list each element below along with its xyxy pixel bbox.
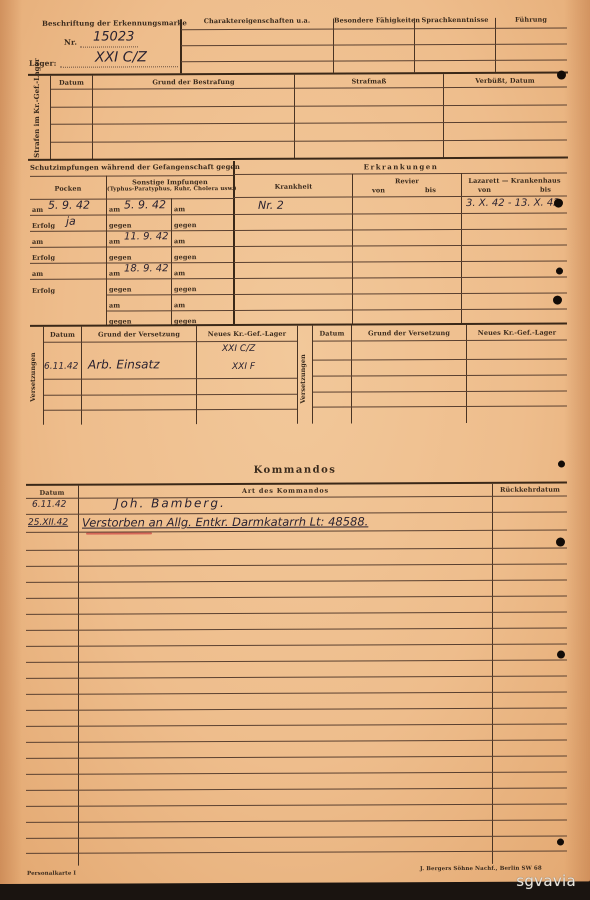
rule: [30, 175, 234, 177]
punch-hole: [557, 71, 566, 80]
other-vacc-subheader: (Typhus-Paratyphus, Ruhr, Cholera usw.): [107, 186, 233, 193]
illness-header-revier: Revier: [353, 177, 461, 185]
rule: [234, 277, 567, 279]
transfer-header-reason: Grund der Versetzung: [82, 330, 196, 338]
hospital-dates: 3. X. 42 - 13. X. 42: [466, 198, 560, 209]
punch-hole: [556, 538, 565, 547]
pocken-row-value: 5. 9. 42: [48, 199, 90, 212]
vacc-row-label: am: [109, 269, 120, 277]
rule: [26, 612, 567, 615]
rule: [313, 359, 567, 361]
vacc-row-value: 18. 9. 42: [124, 263, 169, 274]
rule: [51, 122, 567, 125]
punch-hole: [557, 651, 565, 659]
punch-hole: [554, 199, 563, 208]
revier-to: bis: [425, 186, 436, 194]
punch-hole: [553, 296, 562, 305]
punishments-header-reason: Grund der Bestrafung: [93, 78, 294, 87]
divider: [492, 484, 493, 864]
tag-title: Beschriftung der Erkennungsmarke: [42, 18, 187, 28]
rule: [26, 756, 567, 759]
pocken-row-label: Erfolg: [32, 222, 55, 230]
watermark: sgvavia: [516, 872, 576, 890]
rule: [107, 278, 233, 280]
pocken-row-label: am: [32, 270, 43, 278]
vacc-row-label: gegen: [109, 221, 132, 229]
rule: [30, 231, 106, 232]
rule: [234, 245, 567, 247]
nr-underline: [80, 46, 138, 47]
lager-value: XXI C/Z: [95, 49, 147, 65]
rule: [30, 263, 106, 264]
rule: [30, 247, 106, 248]
rule: [44, 394, 297, 396]
vacc-row-label: gegen: [109, 253, 132, 261]
rule: [107, 262, 233, 264]
punch-hole: [558, 461, 565, 468]
rule: [107, 246, 233, 248]
rule: [26, 788, 567, 791]
transfers-side-label-right: Versetzungen: [299, 344, 313, 414]
rule: [26, 564, 567, 567]
rule: [51, 105, 567, 108]
col-abilities: Besondere Fähigkeiten: [334, 16, 416, 24]
vacc-row-label: am: [174, 237, 185, 245]
kommandos-header-type: Art des Kommandos: [79, 486, 492, 496]
vacc-row-label: am: [174, 205, 185, 213]
vacc-row-label: am: [174, 301, 185, 309]
vacc-row-label: am: [174, 269, 185, 277]
rule: [234, 309, 567, 311]
col-character: Charaktereigenschaften u.a.: [182, 17, 332, 26]
rule: [30, 279, 106, 280]
rule: [51, 140, 567, 143]
vacc-row-value: 11. 9. 42: [124, 231, 169, 242]
illness-header-disease: Krankheit: [235, 182, 352, 191]
kommandos-title: Kommandos: [0, 463, 590, 477]
vacc-row-label: gegen: [109, 285, 132, 293]
rule: [234, 293, 567, 295]
rule: [26, 708, 567, 711]
punishments-header-date: Datum: [51, 79, 92, 87]
kommando-date: 25.XII.42: [28, 518, 68, 528]
transfer-camp-to: XXI F: [232, 362, 255, 372]
kommando-type: Verstorben an Allg. Entkr. Darmkatarrh L…: [82, 514, 368, 529]
divider: [297, 326, 298, 424]
rule: [107, 310, 233, 312]
illness-header-hospital: Lazarett — Krankenhaus: [462, 177, 567, 185]
rule: [107, 230, 233, 232]
punishments-header-served: Verbüßt, Datum: [444, 77, 566, 86]
rule: [313, 406, 567, 408]
rule: [26, 836, 567, 839]
pocken-row-label: Erfolg: [32, 254, 55, 262]
illness-value: Nr. 2: [258, 199, 284, 212]
col-languages: Sprachkenntnisse: [415, 16, 495, 24]
rule: [26, 676, 567, 679]
vacc-row-label: am: [109, 237, 120, 245]
rule: [234, 229, 567, 231]
vacc-row-label: am: [109, 301, 120, 309]
section-rule: [28, 72, 568, 76]
transfer-reason: Arb. Einsatz: [88, 357, 160, 371]
rule: [26, 580, 567, 583]
vacc-row-label: gegen: [174, 221, 197, 229]
rule: [51, 87, 567, 90]
rule: [44, 341, 297, 343]
rule: [313, 375, 567, 377]
rule: [26, 660, 567, 663]
rule: [26, 851, 567, 854]
rule: [44, 409, 297, 411]
pocken-row-label: am: [32, 206, 43, 214]
red-underline: [86, 532, 152, 534]
transfer-header-reason-right: Grund der Versetzung: [352, 329, 466, 337]
col-conduct: Führung: [496, 16, 566, 24]
rule: [26, 724, 567, 727]
transfer-date: 6.11.42: [44, 362, 78, 372]
rule: [26, 548, 567, 551]
rule: [234, 261, 567, 263]
rule: [26, 804, 567, 807]
transfer-header-camp-right: Neues Kr.-Gef.-Lager: [467, 329, 567, 337]
punch-hole: [557, 839, 564, 846]
illnesses-title: Erkrankungen: [235, 162, 567, 172]
kommando-date: 6.11.42: [32, 500, 66, 510]
rule: [107, 214, 233, 216]
kommandos-header-return: Rückkehrdatum: [493, 486, 567, 494]
transfers-side-label: Versetzungen: [29, 335, 43, 420]
divider: [78, 486, 79, 866]
personnel-card: Beschriftung der Erkennungsmarke Nr. 150…: [0, 0, 590, 884]
punch-hole: [556, 268, 563, 275]
rule: [44, 378, 297, 380]
transfer-header-camp: Neues Kr.-Gef.-Lager: [197, 330, 297, 338]
rule: [234, 173, 567, 175]
pocken-row-label: am: [32, 238, 43, 246]
rule: [26, 740, 567, 743]
transfer-header-date-right: Datum: [313, 329, 351, 337]
nr-label: Nr.: [64, 38, 77, 47]
vaccinations-title: Schutzimpfungen während der Gefangenscha…: [30, 163, 234, 172]
punishments-side-label: Strafen im Kr.-Gef.-Lager: [32, 80, 52, 158]
rule: [107, 294, 233, 296]
revier-from: von: [372, 186, 385, 194]
rule: [313, 340, 567, 342]
pocken-header: Pocken: [30, 185, 106, 193]
nr-value: 15023: [93, 29, 134, 44]
vacc-row-label: gegen: [174, 285, 197, 293]
hospital-to: bis: [540, 186, 551, 194]
pocken-row-value: ja: [66, 215, 76, 228]
vacc-row-label: am: [109, 205, 120, 213]
rule: [26, 772, 567, 775]
rule: [313, 391, 567, 393]
rule: [181, 60, 567, 63]
section-rule: [28, 157, 568, 161]
rule: [181, 44, 567, 47]
rule: [181, 28, 567, 31]
rule: [26, 496, 567, 499]
kommando-type: Joh. Bamberg.: [115, 496, 226, 510]
lager-underline: [60, 66, 178, 68]
rule: [234, 213, 567, 215]
rule: [26, 692, 567, 695]
transfer-camp-from: XXI C/Z: [222, 344, 255, 354]
hospital-from: von: [478, 186, 491, 194]
vacc-row-label: gegen: [174, 253, 197, 261]
rule: [26, 644, 567, 647]
kommandos-header-date: Datum: [26, 489, 78, 497]
transfer-header-date: Datum: [44, 331, 81, 339]
rule: [26, 596, 567, 599]
pocken-row-label: Erfolg: [32, 287, 55, 295]
rule: [26, 628, 567, 631]
punishments-header-measure: Strafmaß: [295, 77, 443, 86]
form-id: Personalkarte I: [27, 871, 76, 877]
rule: [26, 820, 567, 823]
vacc-row-value: 5. 9. 42: [124, 198, 166, 211]
rule: [26, 530, 567, 533]
